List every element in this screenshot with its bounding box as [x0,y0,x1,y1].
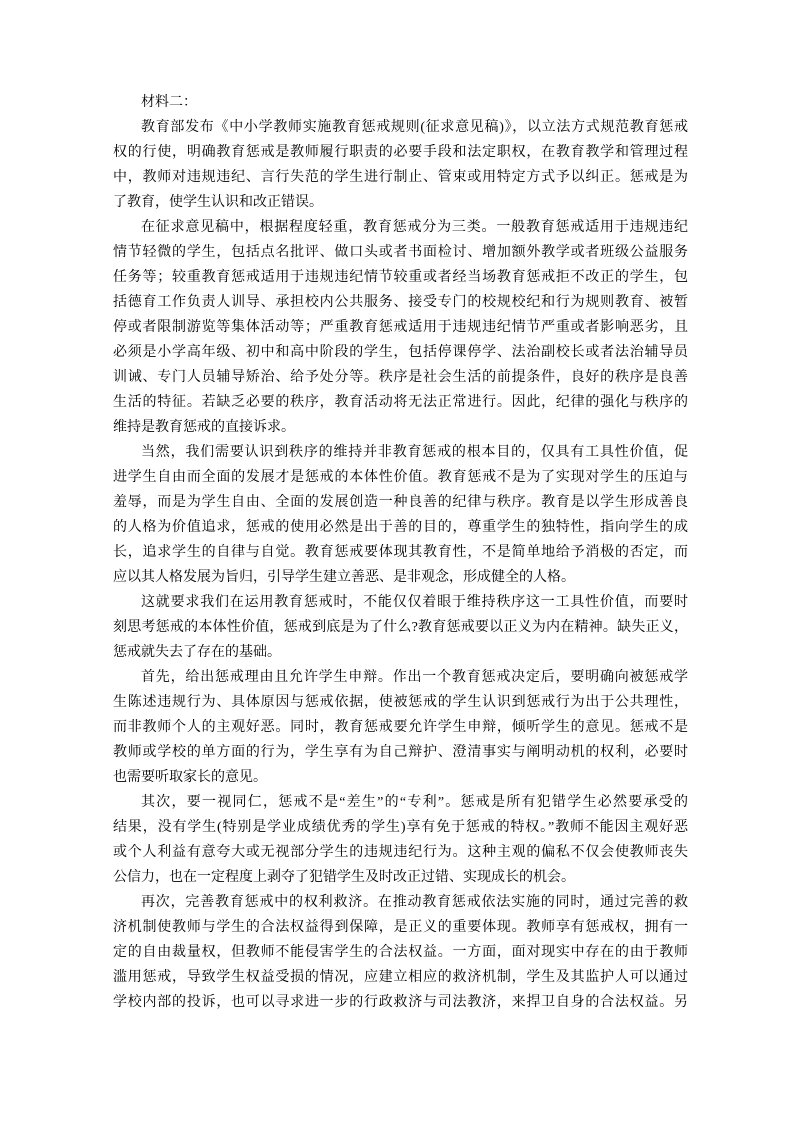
text-line: 教育部发布《中小学教师实施教育惩戒规则(征求意见稿)》，以立法方式规范教育惩戒 [113,115,688,140]
text-line: 学校内部的投诉，也可以寻求进一步的行政救济与司法教济，来捍卫自身的合法权益。另 [113,990,688,1015]
material-heading: 材料二： [113,90,688,115]
paragraph: 在征求意见稿中，根据程度轻重，教育惩戒分为三类。一般教育惩戒适用于违规违纪情节轻… [113,215,688,440]
text-line: 羞辱，而是为学生自由、全面的发展创造一种良善的纪律与秩序。教育是以学生形成善良 [113,490,688,515]
text-line: 或个人利益有意夸大或无视部分学生的违规违纪行为。这种主观的偏私不仅会使教师丧失 [113,840,688,865]
paragraph: 再次，完善教育惩戒中的权利救济。在推动教育惩戒依法实施的同时，通过完善的救济机制… [113,890,688,1015]
text-line: 这就要求我们在运用教育惩戒时，不能仅仅着眼于维持秩序这一工具性价值，而要时 [113,590,688,615]
text-line: 维持是教育惩戒的直接诉求。 [113,415,688,440]
text-line: 也需要听取家长的意见。 [113,765,688,790]
document-body: 材料二： 教育部发布《中小学教师实施教育惩戒规则(征求意见稿)》，以立法方式规范… [113,90,688,1015]
text-line: 其次，要一视同仁，惩戒不是“差生”的“专利”。惩戒是所有犯错学生必然要承受的 [113,790,688,815]
text-line: 济机制使教师与学生的合法权益得到保障，是正义的重要体现。教师享有惩戒权，拥有一 [113,915,688,940]
paragraph: 其次，要一视同仁，惩戒不是“差生”的“专利”。惩戒是所有犯错学生必然要承受的结果… [113,790,688,890]
text-line: 惩戒就失去了存在的基础。 [113,640,688,665]
text-line: 的人格为价值追求，惩戒的使用必然是出于善的目的，尊重学生的独特性，指向学生的成 [113,515,688,540]
text-line: 应以其人格发展为旨归，引导学生建立善恶、是非观念，形成健全的人格。 [113,565,688,590]
text-line: 首先，给出惩戒理由且允许学生申辩。作出一个教育惩戒决定后，要明确向被惩戒学 [113,665,688,690]
paragraph: 首先，给出惩戒理由且允许学生申辩。作出一个教育惩戒决定后，要明确向被惩戒学生陈述… [113,665,688,790]
text-line: 再次，完善教育惩戒中的权利救济。在推动教育惩戒依法实施的同时，通过完善的救 [113,890,688,915]
text-line: 在征求意见稿中，根据程度轻重，教育惩戒分为三类。一般教育惩戒适用于违规违纪 [113,215,688,240]
text-line: 情节轻微的学生，包括点名批评、做口头或者书面检讨、增加额外教学或者班级公益服务 [113,240,688,265]
text-line: 停或者限制游览等集体活动等；严重教育惩戒适用于违规违纪情节严重或者影响恶劣，且 [113,315,688,340]
text-line: 教师或学校的单方面的行为，学生享有为自己辩护、澄清事实与阐明动机的权利，必要时 [113,740,688,765]
text-line: 必须是小学高年级、初中和高中阶段的学生，包括停课停学、法治副校长或者法治辅导员 [113,340,688,365]
text-line: 而非教师个人的主观好恶。同时，教育惩戒要允许学生申辩，倾听学生的意见。惩戒不是 [113,715,688,740]
text-line: 了教育，使学生认识和改正错误。 [113,190,688,215]
text-line: 任务等；较重教育惩戒适用于违规违纪情节较重或者经当场教育惩戒拒不改正的学生，包 [113,265,688,290]
text-line: 刻思考惩戒的本体性价值，惩戒到底是为了什么?教育惩戒要以正义为内在精神。缺失正义… [113,615,688,640]
paragraph: 这就要求我们在运用教育惩戒时，不能仅仅着眼于维持秩序这一工具性价值，而要时刻思考… [113,590,688,665]
text-line: 结果，没有学生(特别是学业成绩优秀的学生)享有免于惩戒的特权。”教师不能因主观好… [113,815,688,840]
text-line: 生活的特征。若缺乏必要的秩序，教育活动将无法正常进行。因此，纪律的强化与秩序的 [113,390,688,415]
text-line: 定的自由裁量权，但教师不能侵害学生的合法权益。一方面，面对现实中存在的由于教师 [113,940,688,965]
paragraph: 当然，我们需要认识到秩序的维持并非教育惩戒的根本目的，仅具有工具性价值，促进学生… [113,440,688,590]
text-line: 生陈述违规行为、具体原因与惩戒依据，使被惩戒的学生认识到惩戒行为出于公共理性， [113,690,688,715]
text-line: 长，追求学生的自律与自觉。教育惩戒要体现其教育性，不是简单地给予消极的否定，而 [113,540,688,565]
text-line: 中，教师对违规违纪、言行失范的学生进行制止、管束或用特定方式予以纠正。惩戒是为 [113,165,688,190]
text-line: 训诫、专门人员辅导矫治、给予处分等。秩序是社会生活的前提条件，良好的秩序是良善 [113,365,688,390]
paragraphs-container: 教育部发布《中小学教师实施教育惩戒规则(征求意见稿)》，以立法方式规范教育惩戒权… [113,115,688,1015]
text-line: 公信力，也在一定程度上剥夺了犯错学生及时改正过错、实现成长的机会。 [113,865,688,890]
text-line: 进学生自由而全面的发展才是惩戒的本体性价值。教育惩戒不是为了实现对学生的压迫与 [113,465,688,490]
paragraph: 教育部发布《中小学教师实施教育惩戒规则(征求意见稿)》，以立法方式规范教育惩戒权… [113,115,688,215]
document-page: 材料二： 教育部发布《中小学教师实施教育惩戒规则(征求意见稿)》，以立法方式规范… [0,0,794,1123]
text-line: 括德育工作负责人训导、承担校内公共服务、接受专门的校规校纪和行为规则教育、被暂 [113,290,688,315]
text-line: 权的行使，明确教育惩戒是教师履行职责的必要手段和法定职权，在教育教学和管理过程 [113,140,688,165]
text-line: 滥用惩戒，导致学生权益受损的情况，应建立相应的救济机制，学生及其监护人可以通过 [113,965,688,990]
text-line: 当然，我们需要认识到秩序的维持并非教育惩戒的根本目的，仅具有工具性价值，促 [113,440,688,465]
